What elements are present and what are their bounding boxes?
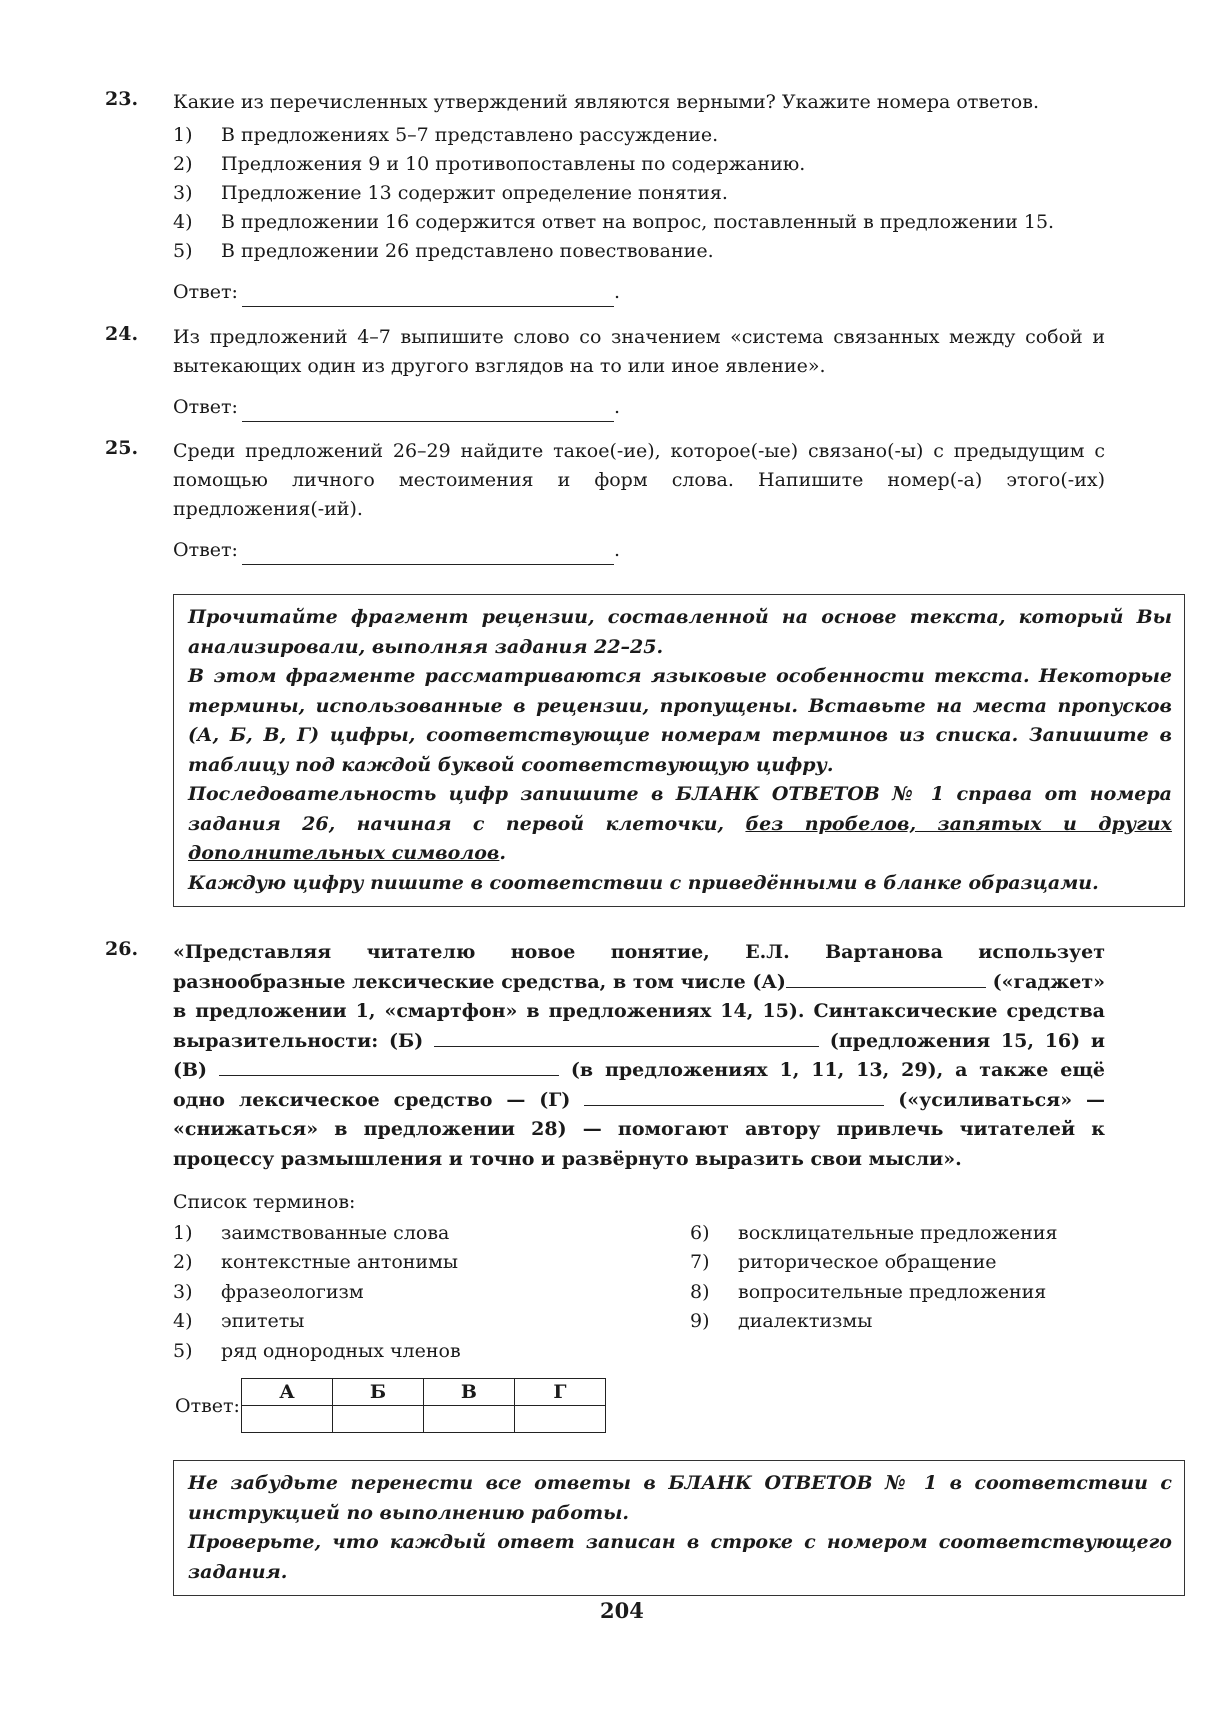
table-header-b: Б <box>332 1379 423 1406</box>
term-number: 9) <box>690 1307 738 1337</box>
option-5: 5)В предложении 26 представлено повество… <box>173 237 1105 266</box>
option-text: Предложения 9 и 10 противопоставлены по … <box>221 150 805 179</box>
option-1: 1)В предложениях 5–7 представлено рассуж… <box>173 121 1105 150</box>
term-text: контекстные антонимы <box>221 1248 458 1278</box>
term-item: 7)риторическое обращение <box>690 1248 1057 1278</box>
answer-table-row: Ответ: А Б В Г <box>175 1378 606 1433</box>
reminder-p1: Не забудьте перенести все ответы в БЛАНК… <box>188 1469 1172 1528</box>
period: . <box>614 393 620 422</box>
instruction-box: Прочитайте фрагмент рецензии, составленн… <box>173 594 1185 907</box>
task-question: Из предложений 4–7 выпишите слово со зна… <box>173 323 1105 381</box>
answer-cell-a[interactable] <box>241 1406 332 1433</box>
instruction-p3-end: . <box>499 842 506 864</box>
blank-g[interactable] <box>584 1087 884 1106</box>
blank-v[interactable] <box>219 1057 559 1076</box>
option-number: 5) <box>173 237 221 266</box>
term-item: 2)контекстные антонимы <box>173 1248 690 1278</box>
answer-cell-g[interactable] <box>514 1406 605 1433</box>
term-text: восклицательные предложения <box>738 1219 1057 1249</box>
task-25: 25. Среди предложений 26–29 найдите тако… <box>105 437 1105 565</box>
exam-page: 23. Какие из перечисленных утверждений я… <box>0 0 1216 1712</box>
reminder-box: Не забудьте перенести все ответы в БЛАНК… <box>173 1460 1185 1596</box>
option-text: В предложении 16 содержится ответ на воп… <box>221 208 1054 237</box>
term-number: 4) <box>173 1307 221 1337</box>
answer-row: Ответ: . <box>173 536 1105 565</box>
period: . <box>614 536 620 565</box>
term-number: 6) <box>690 1219 738 1249</box>
terms-list: Список терминов: 1)заимствованные слова … <box>173 1188 1133 1366</box>
table-header-g: Г <box>514 1379 605 1406</box>
term-number: 5) <box>173 1337 221 1367</box>
term-number: 2) <box>173 1248 221 1278</box>
option-number: 3) <box>173 179 221 208</box>
term-item: 8)вопросительные предложения <box>690 1278 1057 1308</box>
task-number: 23. <box>105 88 138 110</box>
term-number: 1) <box>173 1219 221 1249</box>
review-fragment: «Представляя читателю новое понятие, Е.Л… <box>173 938 1105 1174</box>
task-question: Какие из перечисленных утверждений являю… <box>173 88 1105 117</box>
option-number: 2) <box>173 150 221 179</box>
term-item: 5)ряд однородных членов <box>173 1337 690 1367</box>
option-text: Предложение 13 содержит определение поня… <box>221 179 728 208</box>
blank-b[interactable] <box>434 1028 819 1047</box>
term-item: 3)фразеологизм <box>173 1278 690 1308</box>
option-number: 1) <box>173 121 221 150</box>
option-3: 3)Предложение 13 содержит определение по… <box>173 179 1105 208</box>
term-item: 9)диалектизмы <box>690 1307 1057 1337</box>
term-item: 6)восклицательные предложения <box>690 1219 1057 1249</box>
answer-field[interactable] <box>242 542 614 565</box>
answer-label: Ответ: <box>173 393 238 422</box>
term-number: 8) <box>690 1278 738 1308</box>
terms-heading: Список терминов: <box>173 1188 1133 1218</box>
option-text: В предложениях 5–7 представлено рассужде… <box>221 121 718 150</box>
answer-label: Ответ: <box>173 278 238 307</box>
term-text: вопросительные предложения <box>738 1278 1046 1308</box>
option-number: 4) <box>173 208 221 237</box>
term-number: 3) <box>173 1278 221 1308</box>
blank-a[interactable] <box>786 969 986 988</box>
table-header-a: А <box>241 1379 332 1406</box>
answer-field[interactable] <box>242 399 614 422</box>
term-text: ряд однородных членов <box>221 1337 461 1367</box>
instruction-p1: Прочитайте фрагмент рецензии, составленн… <box>188 603 1172 662</box>
page-number: 204 <box>600 1598 644 1623</box>
terms-column-right: 6)восклицательные предложения 7)риториче… <box>690 1219 1057 1367</box>
table-header-v: В <box>423 1379 514 1406</box>
answer-cell-b[interactable] <box>332 1406 423 1433</box>
task-23: 23. Какие из перечисленных утверждений я… <box>105 88 1105 307</box>
term-number: 7) <box>690 1248 738 1278</box>
answer-label: Ответ: <box>173 536 238 565</box>
answer-row: Ответ: . <box>173 393 1105 422</box>
instruction-p3: Последовательность цифр запишите в БЛАНК… <box>188 780 1172 869</box>
instruction-p4: Каждую цифру пишите в соответствии с при… <box>188 869 1172 899</box>
term-item: 1)заимствованные слова <box>173 1219 690 1249</box>
option-4: 4)В предложении 16 содержится ответ на в… <box>173 208 1105 237</box>
reminder-p2: Проверьте, что каждый ответ записан в ст… <box>188 1528 1172 1587</box>
term-text: риторическое обращение <box>738 1248 997 1278</box>
term-text: фразеологизм <box>221 1278 364 1308</box>
task-question: Среди предложений 26–29 найдите такое(-и… <box>173 437 1105 524</box>
term-text: диалектизмы <box>738 1307 872 1337</box>
term-text: эпитеты <box>221 1307 304 1337</box>
instruction-p2: В этом фрагменте рассматриваются языковы… <box>188 662 1172 780</box>
answer-table: А Б В Г <box>241 1378 606 1433</box>
term-item: 4)эпитеты <box>173 1307 690 1337</box>
task-number: 26. <box>105 938 138 960</box>
option-text: В предложении 26 представлено повествова… <box>221 237 714 266</box>
terms-column-left: 1)заимствованные слова 2)контекстные ант… <box>173 1219 690 1367</box>
answer-row: Ответ: . <box>173 278 1105 307</box>
answer-label: Ответ: <box>175 1395 240 1417</box>
period: . <box>614 278 620 307</box>
answer-field[interactable] <box>242 284 614 307</box>
task-24: 24. Из предложений 4–7 выпишите слово со… <box>105 323 1105 422</box>
task-26: 26. «Представляя читателю новое понятие,… <box>105 938 1105 1174</box>
options-list: 1)В предложениях 5–7 представлено рассуж… <box>173 121 1105 266</box>
task-number: 25. <box>105 437 138 459</box>
term-text: заимствованные слова <box>221 1219 449 1249</box>
option-2: 2)Предложения 9 и 10 противопоставлены п… <box>173 150 1105 179</box>
task-number: 24. <box>105 323 138 345</box>
answer-cell-v[interactable] <box>423 1406 514 1433</box>
